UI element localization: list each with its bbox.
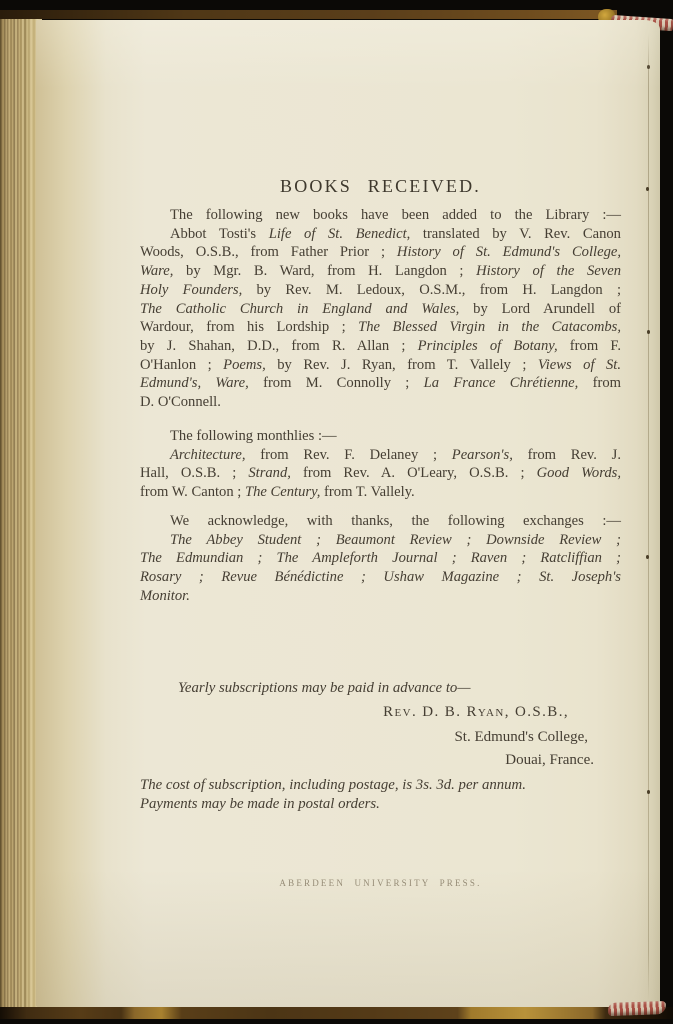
page-crease <box>648 34 649 1000</box>
text-segment: Abbot Tosti's <box>170 226 269 242</box>
text-segment: from F. <box>558 338 621 354</box>
text-segment: by Mgr. B. Ward, from H. Langdon ; <box>173 263 476 279</box>
top-cover-band <box>0 10 617 19</box>
page-title: BOOKS RECEIVED. <box>140 176 621 197</box>
text-segment: History of St. Edmund's College, <box>397 244 621 260</box>
text-segment: Strand, <box>248 465 291 481</box>
text-segment: D. O'Connell. <box>140 394 221 410</box>
text-segment: Edmund's, Ware, <box>140 375 249 391</box>
text-segment: Woods, O.S.B., from Father Prior ; <box>140 244 397 260</box>
cost-line: Payments may be made in postal orders. <box>140 795 621 814</box>
text-segment: Poems, <box>223 357 266 373</box>
headband-bottom <box>608 1001 666 1016</box>
text-segment: by Rev. J. Ryan, from T. Vallely ; <box>266 357 538 373</box>
text-segment: by J. Shahan, D.D., from R. Allan ; <box>140 338 418 354</box>
text-segment: Wardour, from his Lordship ; <box>140 319 358 335</box>
address-line-college: St. Edmund's College, <box>140 728 621 747</box>
text-line: Architecture, from Rev. F. Delaney ; Pea… <box>140 446 621 465</box>
text-segment: from Rev. F. Delaney ; <box>246 447 452 463</box>
text-line: Ware, by Mgr. B. Ward, from H. Langdon ;… <box>140 262 621 281</box>
book-photo-background: { "title": "BOOKS RECEIVED.", "body": { … <box>0 0 673 1024</box>
paragraph-monthlies: The following monthlies :—Architecture, … <box>140 427 621 502</box>
text-line: D. O'Connell. <box>140 393 621 412</box>
text-line: Edmund's, Ware, from M. Connolly ; La Fr… <box>140 374 621 393</box>
text-line: from W. Canton ; The Century, from T. Va… <box>140 483 621 502</box>
subscription-intro: Yearly subscriptions may be paid in adva… <box>140 679 621 698</box>
text-line: We acknowledge, with thanks, the followi… <box>140 512 621 531</box>
text-line: The Catholic Church in England and Wales… <box>140 300 621 319</box>
cost-line: The cost of subscription, including post… <box>140 776 621 795</box>
text-segment: The following new books have been added … <box>170 207 621 223</box>
text-segment: from <box>578 375 621 391</box>
address-line-city: Douai, France. <box>140 751 621 770</box>
page-speck <box>646 187 649 191</box>
page-speck <box>647 790 650 794</box>
text-segment: by Lord Arundell of <box>459 301 621 317</box>
paragraph-exchanges: We acknowledge, with thanks, the followi… <box>140 512 621 606</box>
text-segment: Rosary ; Revue Bénédictine ; Ushaw Magaz… <box>140 569 621 585</box>
text-line: Rosary ; Revue Bénédictine ; Ushaw Magaz… <box>140 568 621 587</box>
text-segment: The Catholic Church in England and Wales… <box>140 301 459 317</box>
text-segment: from Rev. A. O'Leary, O.S.B. ; <box>291 465 537 481</box>
page-speck <box>647 65 650 69</box>
text-line: Woods, O.S.B., from Father Prior ; Histo… <box>140 243 621 262</box>
text-segment: The following monthlies :— <box>170 428 337 444</box>
text-segment: Monitor. <box>140 588 190 604</box>
cost-note: The cost of subscription, including post… <box>140 776 621 814</box>
text-segment: We acknowledge, with thanks, the followi… <box>170 513 621 529</box>
text-segment: by Rev. M. Ledoux, O.S.M., from H. Langd… <box>242 282 621 298</box>
printer-imprint: ABERDEEN UNIVERSITY PRESS. <box>140 878 621 888</box>
text-line: The following new books have been added … <box>140 206 621 225</box>
text-segment: from Rev. J. <box>513 447 621 463</box>
text-segment: Holy Founders, <box>140 282 242 298</box>
text-segment: Good Words, <box>537 465 621 481</box>
text-segment: Architecture, <box>170 447 246 463</box>
address-line-recipient: Rev. D. B. Ryan, O.S.B., <box>140 703 621 722</box>
text-segment: Life of St. Benedict <box>269 226 407 242</box>
page-speck <box>646 555 649 559</box>
text-segment: from T. Vallely. <box>320 484 414 500</box>
text-segment: from W. Canton ; <box>140 484 245 500</box>
text-segment: Views of St. <box>538 357 621 373</box>
text-line: Abbot Tosti's Life of St. Benedict, tran… <box>140 225 621 244</box>
text-segment: Hall, O.S.B. ; <box>140 465 248 481</box>
text-line: Holy Founders, by Rev. M. Ledoux, O.S.M.… <box>140 281 621 300</box>
text-segment: The Blessed Virgin in the Catacombs, <box>358 319 621 335</box>
text-line: The following monthlies :— <box>140 427 621 446</box>
text-line: Monitor. <box>140 587 621 606</box>
text-segment: O'Hanlon ; <box>140 357 223 373</box>
address-block: Rev. D. B. Ryan, O.S.B., St. Edmund's Co… <box>140 703 621 770</box>
page-speck <box>647 330 650 334</box>
paragraph-books-received: The following new books have been added … <box>140 206 621 412</box>
text-line: Hall, O.S.B. ; Strand, from Rev. A. O'Le… <box>140 464 621 483</box>
text-segment: , translated by V. Rev. Canon <box>407 226 621 242</box>
bottom-cover-band <box>0 1007 673 1019</box>
book-page: BOOKS RECEIVED. The following new books … <box>36 20 660 1007</box>
text-line: by J. Shahan, D.D., from R. Allan ; Prin… <box>140 337 621 356</box>
text-line: The Edmundian ; The Ampleforth Journal ;… <box>140 549 621 568</box>
text-line: O'Hanlon ; Poems, by Rev. J. Ryan, from … <box>140 356 621 375</box>
text-segment: from M. Connolly ; <box>249 375 424 391</box>
text-segment: La France Chrétienne, <box>424 375 579 391</box>
text-segment: Ware, <box>140 263 173 279</box>
text-segment: Principles of Botany, <box>418 338 558 354</box>
text-line: The Abbey Student ; Beaumont Review ; Do… <box>140 531 621 550</box>
text-line: Wardour, from his Lordship ; The Blessed… <box>140 318 621 337</box>
text-segment: The Century, <box>245 484 320 500</box>
text-segment: The Abbey Student ; Beaumont Review ; Do… <box>170 532 621 548</box>
text-segment: Pearson's, <box>452 447 513 463</box>
text-segment: The Edmundian ; The Ampleforth Journal ;… <box>140 550 621 566</box>
text-segment: History of the Seven <box>476 263 621 279</box>
